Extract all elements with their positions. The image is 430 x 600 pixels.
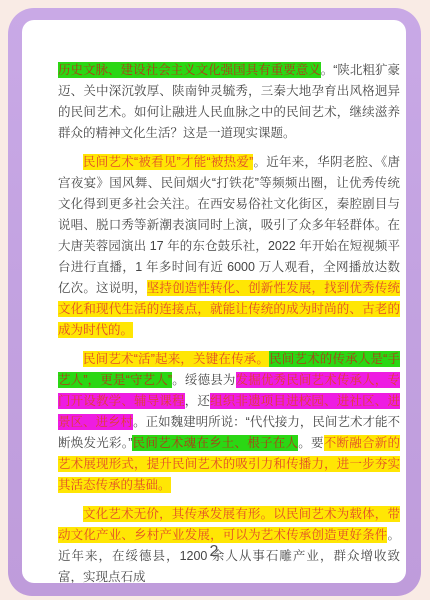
text-segment: 。要 <box>298 435 323 451</box>
page-number: 2 <box>22 543 406 561</box>
text-segment: 。绥德县为 <box>172 372 235 388</box>
page-frame: 历史文脉、建设社会主义文化强国具有重要意义。“陕北粗犷豪迈、关中深沉敦厚、陕南钟… <box>8 8 421 596</box>
highlighted-text-segment-yellow: 文化艺术无价，其传承发展有形。以民间艺术为载体，带动文化产业、乡村产业发展，可以… <box>58 506 400 543</box>
text-segment: 。近年来，华阴老腔、《唐宫夜宴》国风舞、民间烟火“打铁花”等频频出圈，让优秀传统… <box>58 154 400 296</box>
highlighted-text-segment-green: 民间艺术魂在乡土、根子在人 <box>132 435 298 451</box>
highlighted-text-segment-yellow: 民间艺术“活”起来，关键在传承。 <box>83 351 269 367</box>
paragraph: 民间艺术“被看见”才能“被热爱”。近年来，华阴老腔、《唐宫夜宴》国风舞、民间烟火… <box>58 152 400 341</box>
text-segment: ，还 <box>185 393 210 409</box>
paragraph: 历史文脉、建设社会主义文化强国具有重要意义。“陕北粗犷豪迈、关中深沉敦厚、陕南钟… <box>58 60 400 144</box>
article-body: 历史文脉、建设社会主义文化强国具有重要意义。“陕北粗犷豪迈、关中深沉敦厚、陕南钟… <box>58 60 400 583</box>
highlighted-text-segment-yellow: 民间艺术“被看见”才能“被热爱” <box>83 154 253 170</box>
paragraph: 民间艺术“活”起来，关键在传承。民间艺术的传承人是“手艺人”，更是“守艺人”。绥… <box>58 349 400 496</box>
highlighted-text-segment-green: 历史文脉、建设社会主义文化强国具有重要意义 <box>58 62 321 78</box>
document-page: 历史文脉、建设社会主义文化强国具有重要意义。“陕北粗犷豪迈、关中深沉敦厚、陕南钟… <box>22 20 406 583</box>
